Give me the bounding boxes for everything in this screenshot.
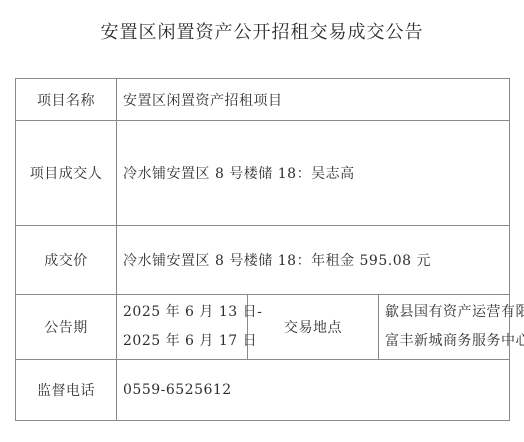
price-value: 冷水铺安置区 8 号楼储 18：年租金 595.08 元	[117, 226, 510, 295]
period-label: 公告期	[16, 295, 117, 360]
table-row-phone: 监督电话 0559-6525612	[16, 360, 510, 421]
location-label: 交易地点	[248, 295, 379, 360]
table-row-price: 成交价 冷水铺安置区 8 号楼储 18：年租金 595.08 元	[16, 226, 510, 295]
winner-value: 冷水铺安置区 8 号楼储 18：吴志高	[117, 121, 510, 226]
period-line-1: 2025 年 6 月 13 日-	[123, 298, 241, 327]
notice-table: 项目名称 安置区闲置资产招租项目 项目成交人 冷水铺安置区 8 号楼储 18：吴…	[15, 78, 510, 421]
project-name-label: 项目名称	[16, 79, 117, 121]
location-line-1: 歙县国有资产运营有限公司	[385, 298, 503, 327]
period-line-2: 2025 年 6 月 17 日	[123, 327, 241, 356]
location-value: 歙县国有资产运营有限公司 富丰新城商务服务中心 19 层	[379, 295, 510, 360]
winner-label: 项目成交人	[16, 121, 117, 226]
price-label: 成交价	[16, 226, 117, 295]
period-value: 2025 年 6 月 13 日- 2025 年 6 月 17 日	[117, 295, 248, 360]
table-row-project-name: 项目名称 安置区闲置资产招租项目	[16, 79, 510, 121]
project-name-value: 安置区闲置资产招租项目	[117, 79, 510, 121]
page-title: 安置区闲置资产公开招租交易成交公告	[0, 18, 524, 44]
phone-label: 监督电话	[16, 360, 117, 421]
phone-value: 0559-6525612	[117, 360, 510, 421]
notice-page: 安置区闲置资产公开招租交易成交公告 项目名称 安置区闲置资产招租项目 项目成交人…	[0, 0, 524, 442]
table-row-period: 公告期 2025 年 6 月 13 日- 2025 年 6 月 17 日 交易地…	[16, 295, 510, 360]
table-row-winner: 项目成交人 冷水铺安置区 8 号楼储 18：吴志高	[16, 121, 510, 226]
location-line-2: 富丰新城商务服务中心 19 层	[385, 327, 503, 356]
